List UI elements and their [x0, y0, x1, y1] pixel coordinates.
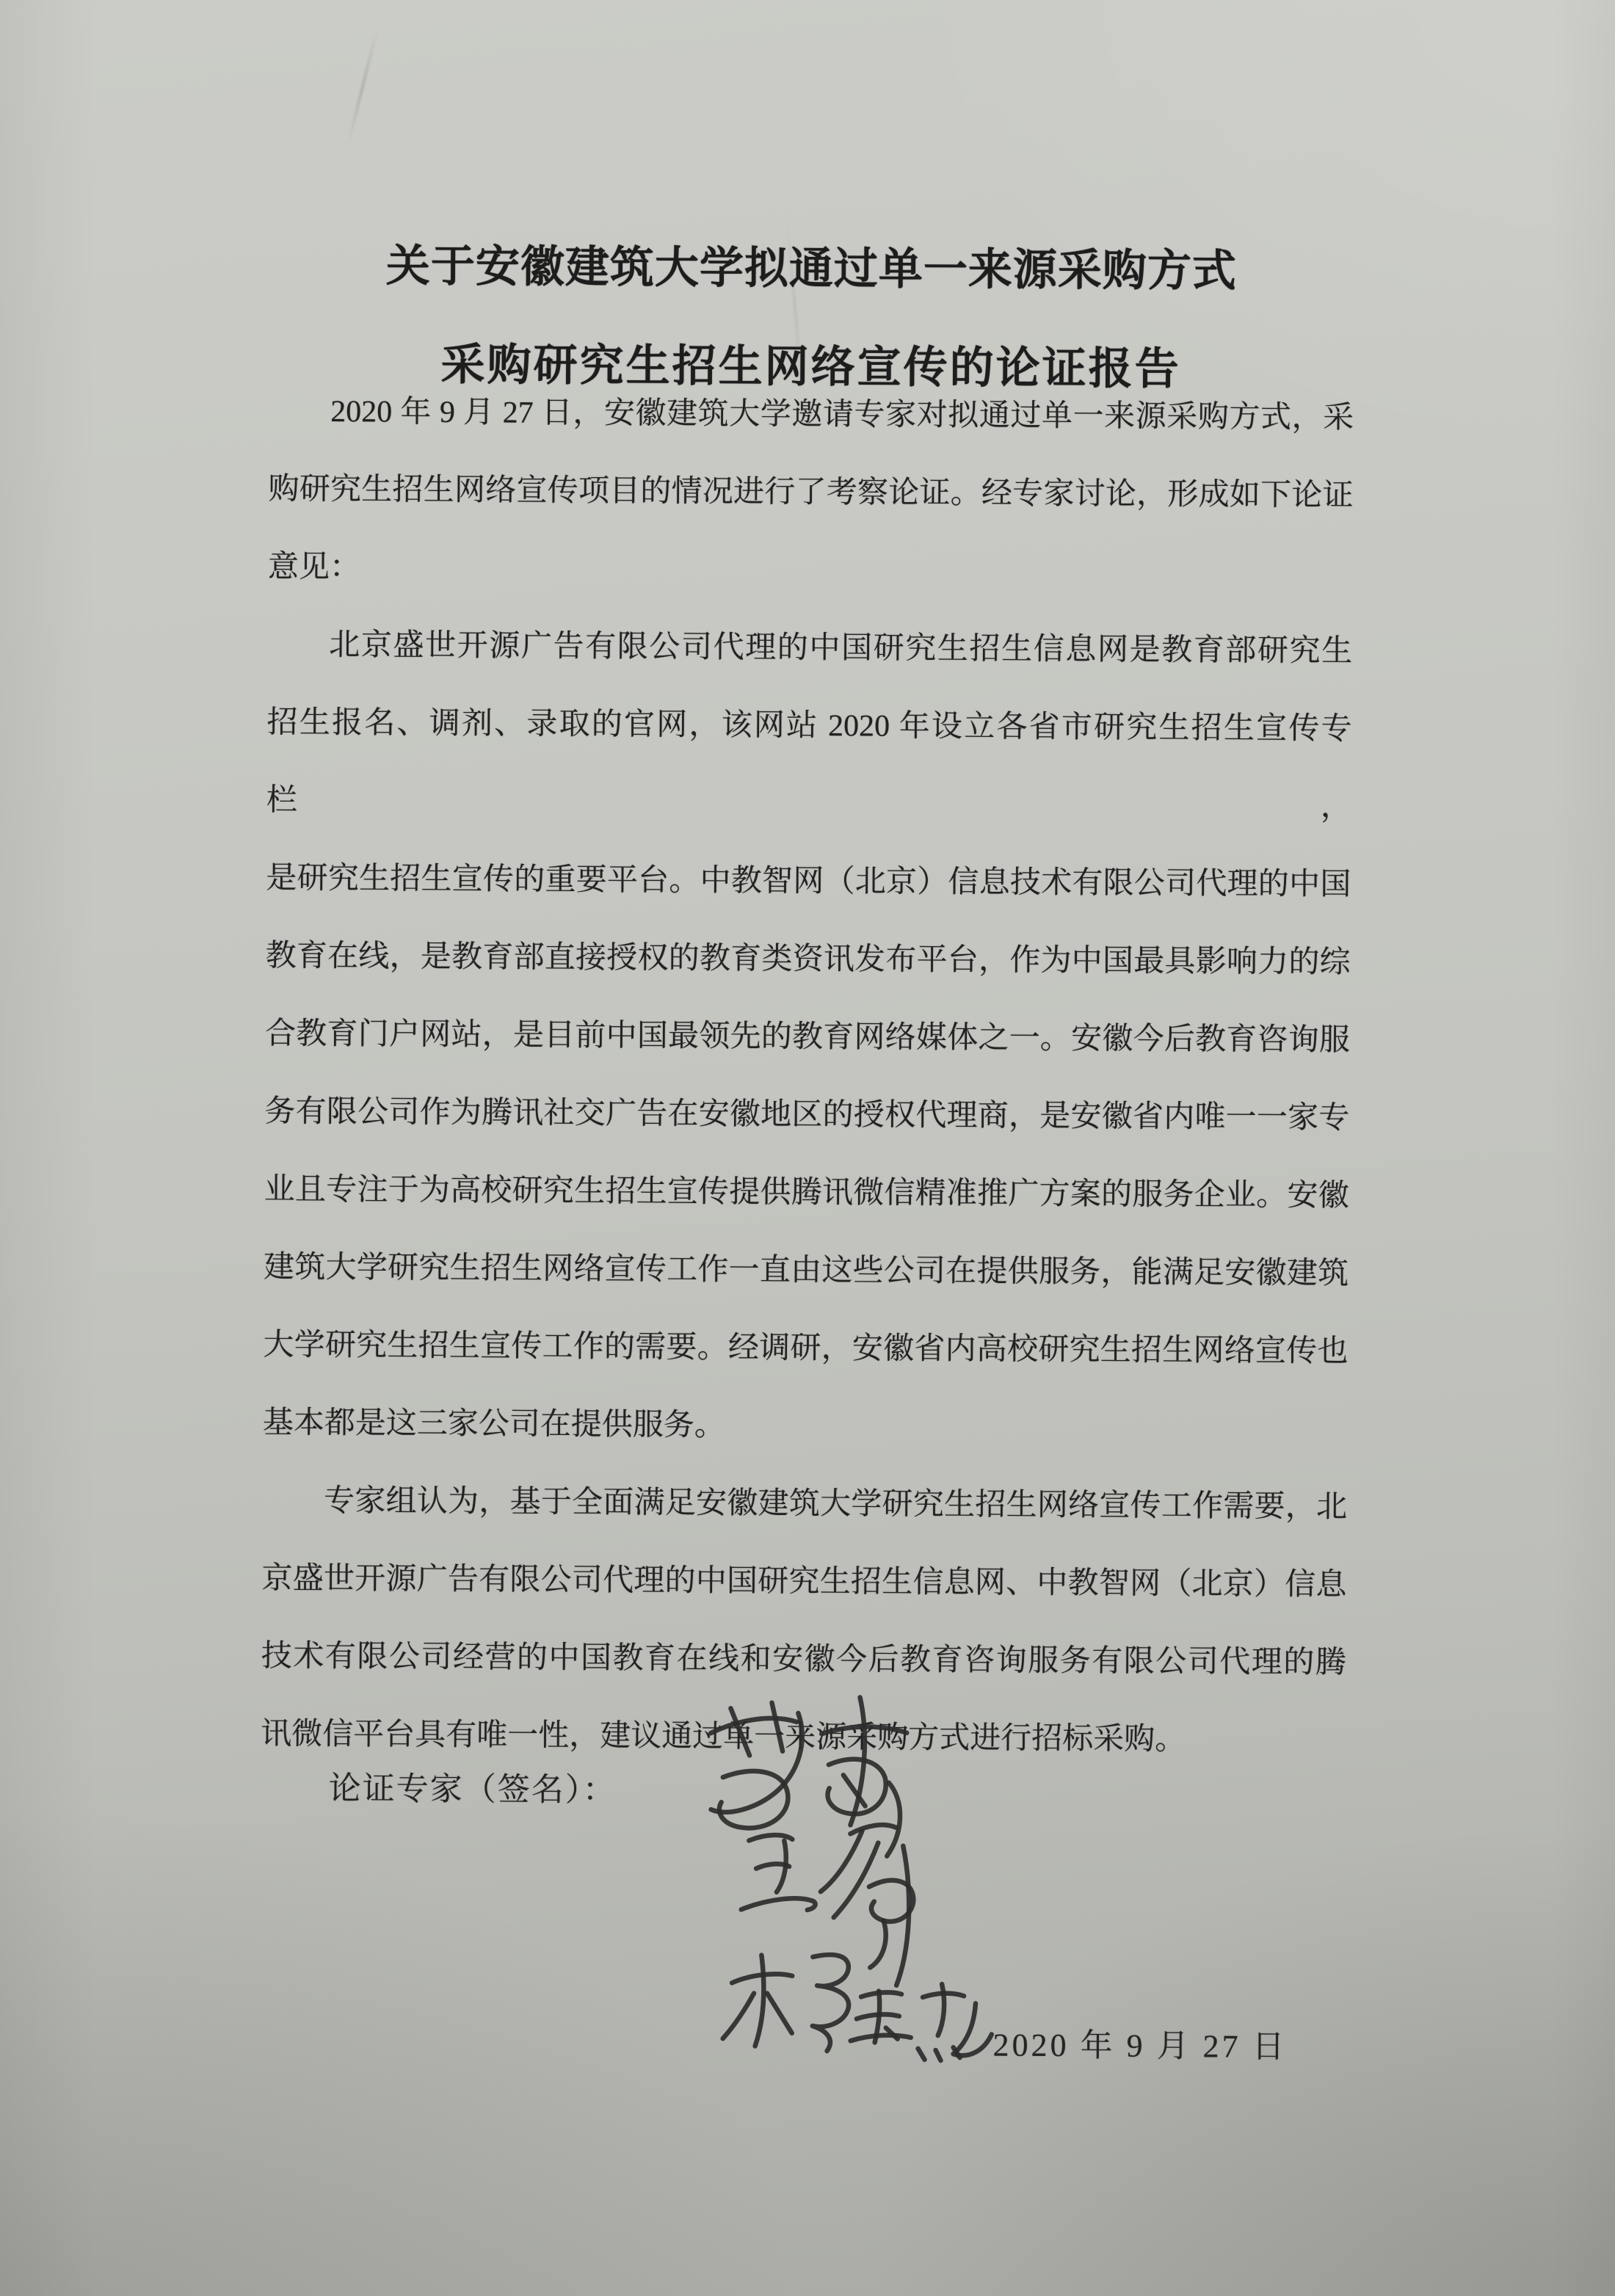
body-line: 业且专注于为高校研究生招生宣传提供腾讯微信精准推广方案的服务企业。安徽 — [264, 1150, 1349, 1235]
body-line: 务有限公司作为腾讯社交广告在安徽地区的授权代理商，是安徽省内唯一一家专 — [264, 1072, 1350, 1157]
body-line: 基本都是这三家公司在提供服务。 — [262, 1384, 1348, 1468]
body-line: 大学研究生招生宣传工作的需要。经调研，安徽省内高校研究生招生网络宣传也 — [263, 1306, 1349, 1390]
paper-sheet: 关于安徽建筑大学拟通过单一来源采购方式 采购研究生招生网络宣传的论证报告 202… — [0, 0, 1615, 2296]
body-line: 意见： — [268, 528, 1354, 613]
body-line: 建筑大学研究生招生网络宣传工作一直由这些公司在提供服务，能满足安徽建筑 — [264, 1228, 1349, 1312]
body-line: 合教育门户网站，是目前中国最领先的教育网络媒体之一。安徽今后教育咨询服 — [265, 995, 1351, 1079]
document-body: 2020 年 9 月 27 日，安徽建筑大学邀请专家对拟通过单一来源采购方式，采… — [261, 373, 1354, 1780]
body-line: 京盛世开源广告有限公司代理的中国研究生招生信息网、中教智网（北京）信息 — [261, 1539, 1347, 1624]
body-line: 教育在线，是教育部直接授权的教育类资讯发布平台，作为中国最具影响力的综 — [265, 917, 1351, 1001]
expert-signature-label: 论证专家（签名）： — [329, 1762, 617, 1810]
body-line: 北京盛世开源广告有限公司代理的中国研究生招生信息网是教育部研究生 — [267, 606, 1353, 690]
body-line: 是研究生招生宣传的重要平台。中教智网（北京）信息技术有限公司代理的中国 — [266, 839, 1351, 923]
body-line: 专家组认为，基于全面满足安徽建筑大学研究生招生网络宣传工作需要，北 — [262, 1461, 1348, 1546]
body-line: 招生报名、调剂、录取的官网，该网站 2020 年设立各省市研究生招生宣传专栏， — [266, 683, 1352, 846]
scanned-document-photo: { "doc": { "title": { "line1": "关于安徽建筑大学… — [0, 0, 1615, 2296]
document-title-line1: 关于安徽建筑大学拟通过单一来源采购方式 — [4, 228, 1615, 301]
signature-wang-feng — [741, 1824, 914, 1986]
signature-ge-junmei — [710, 1696, 907, 1856]
document-content: 关于安徽建筑大学拟通过单一来源采购方式 采购研究生招生网络宣传的论证报告 202… — [0, 0, 1615, 2296]
body-line: 2020 年 9 月 27 日，安徽建筑大学邀请专家对拟通过单一来源采购方式，采 — [269, 373, 1354, 457]
signature-yang-yujie — [723, 1954, 992, 2060]
handwritten-signatures — [639, 1665, 1111, 2079]
body-line: 购研究生招生网络宣传项目的情况进行了考察论证。经专家讨论，形成如下论证 — [268, 451, 1354, 535]
document-date: 2020 年 9 月 27 日 — [992, 2019, 1287, 2067]
